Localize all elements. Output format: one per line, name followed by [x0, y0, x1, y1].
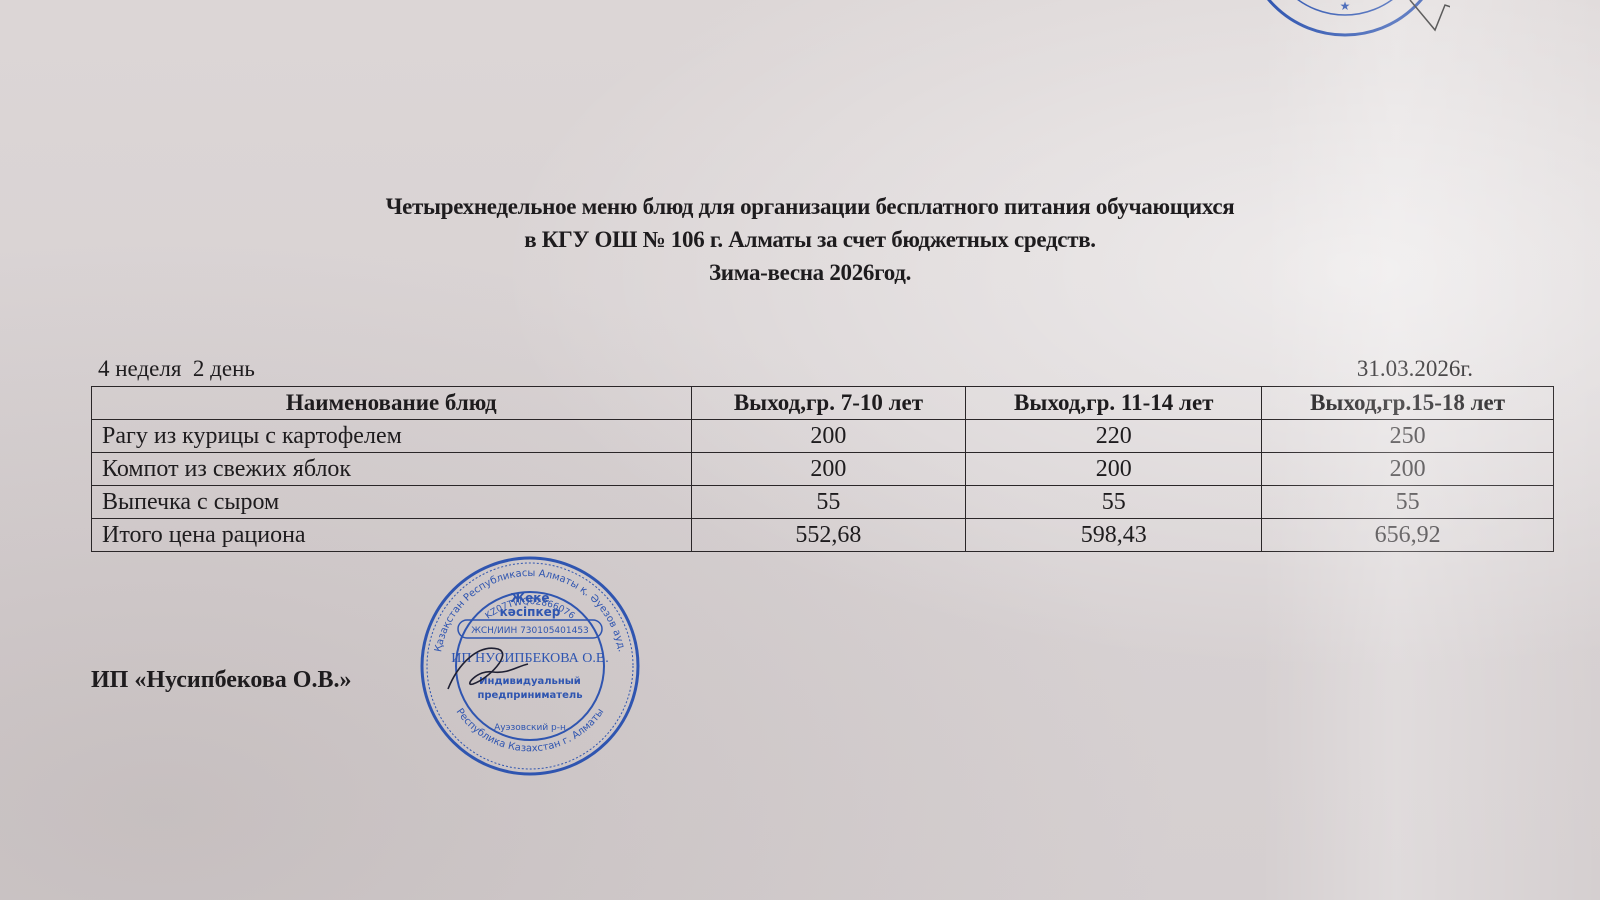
- title-line-3: Зима-весна 2026год.: [260, 256, 1360, 289]
- week-day-label: 4 неделя 2 день: [98, 356, 255, 382]
- svg-text:★: ★: [1340, 0, 1351, 13]
- table-header-row: Наименование блюд Выход,гр. 7-10 лет Вых…: [92, 387, 1554, 420]
- portion-7-10: 55: [691, 486, 966, 519]
- table-row: Компот из свежих яблок 200 200 200: [92, 453, 1554, 486]
- stamp-line4: предприниматель: [477, 690, 582, 701]
- stamp-iin: ЖСН/ИИН 730105401453: [471, 626, 589, 636]
- header-portion-7-10: Выход,гр. 7-10 лет: [691, 387, 966, 420]
- partial-stamp-icon: ★: [1240, 0, 1450, 40]
- dish-name: Компот из свежих яблок: [92, 453, 692, 486]
- table-row-total: Итого цена рациона 552,68 598,43 656,92: [92, 519, 1554, 552]
- total-15-18: 656,92: [1262, 519, 1554, 552]
- total-label: Итого цена рациона: [92, 519, 692, 552]
- portion-15-18: 55: [1262, 486, 1554, 519]
- portion-7-10: 200: [691, 453, 966, 486]
- portion-15-18: 250: [1262, 420, 1554, 453]
- total-11-14: 598,43: [966, 519, 1262, 552]
- portion-11-14: 55: [966, 486, 1262, 519]
- stamp-line3: Индивидуальный: [479, 676, 581, 687]
- total-7-10: 552,68: [691, 519, 966, 552]
- stamp-district: Ауэзовский р-н: [494, 723, 566, 733]
- header-portion-15-18: Выход,гр.15-18 лет: [1262, 387, 1554, 420]
- portion-7-10: 200: [691, 420, 966, 453]
- title-line-2: в КГУ ОШ № 106 г. Алматы за счет бюджетн…: [260, 223, 1360, 256]
- meta-row: 4 неделя 2 день 31.03.2026г.: [98, 356, 1473, 382]
- stamp-line2: кәсіпкер: [500, 605, 561, 619]
- portion-15-18: 200: [1262, 453, 1554, 486]
- menu-table: Наименование блюд Выход,гр. 7-10 лет Вых…: [91, 386, 1554, 552]
- title-line-1: Четырехнедельное меню блюд для организац…: [260, 190, 1360, 223]
- header-dish-name: Наименование блюд: [92, 387, 692, 420]
- document-title: Четырехнедельное меню блюд для организац…: [260, 190, 1360, 289]
- table-row: Выпечка с сыром 55 55 55: [92, 486, 1554, 519]
- dish-name: Выпечка с сыром: [92, 486, 692, 519]
- portion-11-14: 220: [966, 420, 1262, 453]
- stamp-line1: Жеке: [510, 591, 549, 605]
- dish-name: Рагу из курицы с картофелем: [92, 420, 692, 453]
- header-portion-11-14: Выход,гр. 11-14 лет: [966, 387, 1262, 420]
- round-stamp-icon: Қазақстан Республикасы Алматы қ. Әуезов …: [418, 554, 642, 778]
- portion-11-14: 200: [966, 453, 1262, 486]
- supplier-signature: ИП «Нусипбекова О.В.»: [91, 667, 351, 694]
- document-page: Четырехнедельное меню блюд для организац…: [0, 0, 1600, 900]
- table-row: Рагу из курицы с картофелем 200 220 250: [92, 420, 1554, 453]
- date-label: 31.03.2026г.: [1357, 356, 1473, 382]
